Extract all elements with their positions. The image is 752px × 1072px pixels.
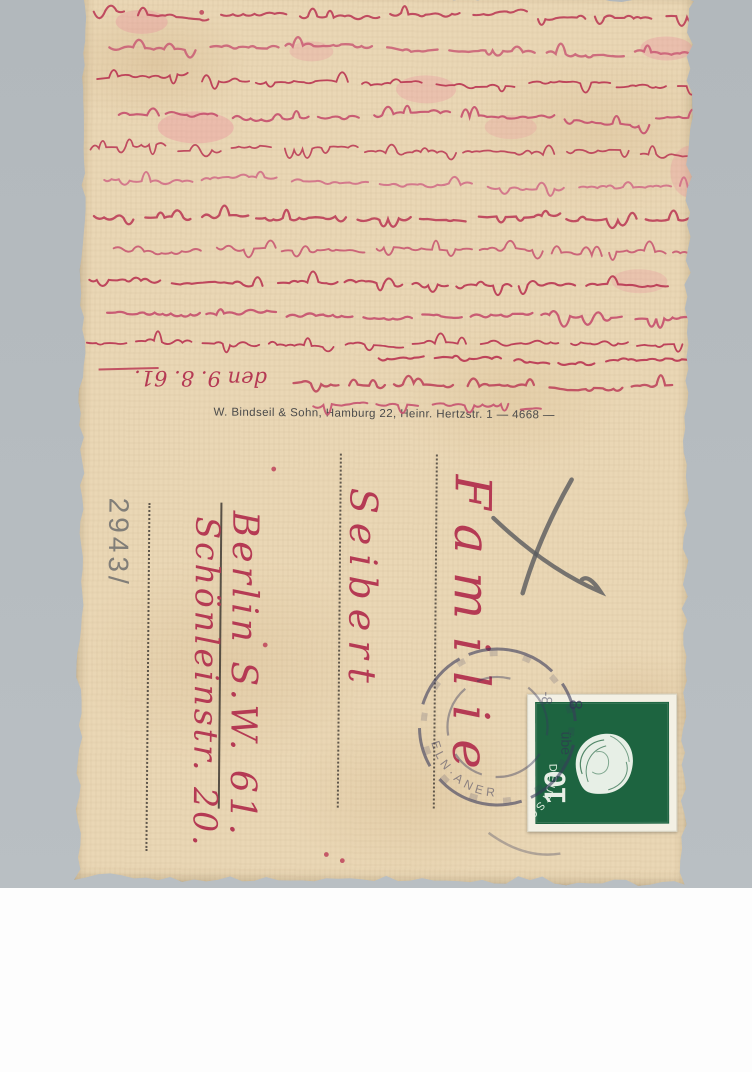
address-word-familie: Familie bbox=[441, 475, 502, 788]
address-street-line: Schönleinstr. 20. bbox=[185, 516, 227, 848]
postcard-back: W. Bindseil & Sohn, Hamburg 22, Heinr. H… bbox=[74, 0, 694, 887]
photo-of-postcard: W. Bindseil & Sohn, Hamburg 22, Heinr. H… bbox=[0, 0, 752, 1072]
address-rule-dotted bbox=[145, 503, 150, 851]
message-date-line: den 9. 8. 61. bbox=[100, 366, 300, 392]
address-word-seibert: Seibert bbox=[340, 488, 386, 692]
postage-stamp: DEUTSCHE BUNDESPOST 10 bbox=[527, 694, 677, 832]
address-city-line: Berlin S.W. 61. bbox=[222, 511, 266, 840]
printer-imprint: W. Bindseil & Sohn, Hamburg 22, Heinr. H… bbox=[78, 405, 690, 422]
stamp-design: DEUTSCHE BUNDESPOST 10 bbox=[535, 702, 669, 824]
stamp-value: 10 bbox=[539, 771, 572, 804]
address-rule-dotted bbox=[433, 454, 438, 808]
pencil-catalog-number: 2943/ bbox=[102, 498, 135, 588]
